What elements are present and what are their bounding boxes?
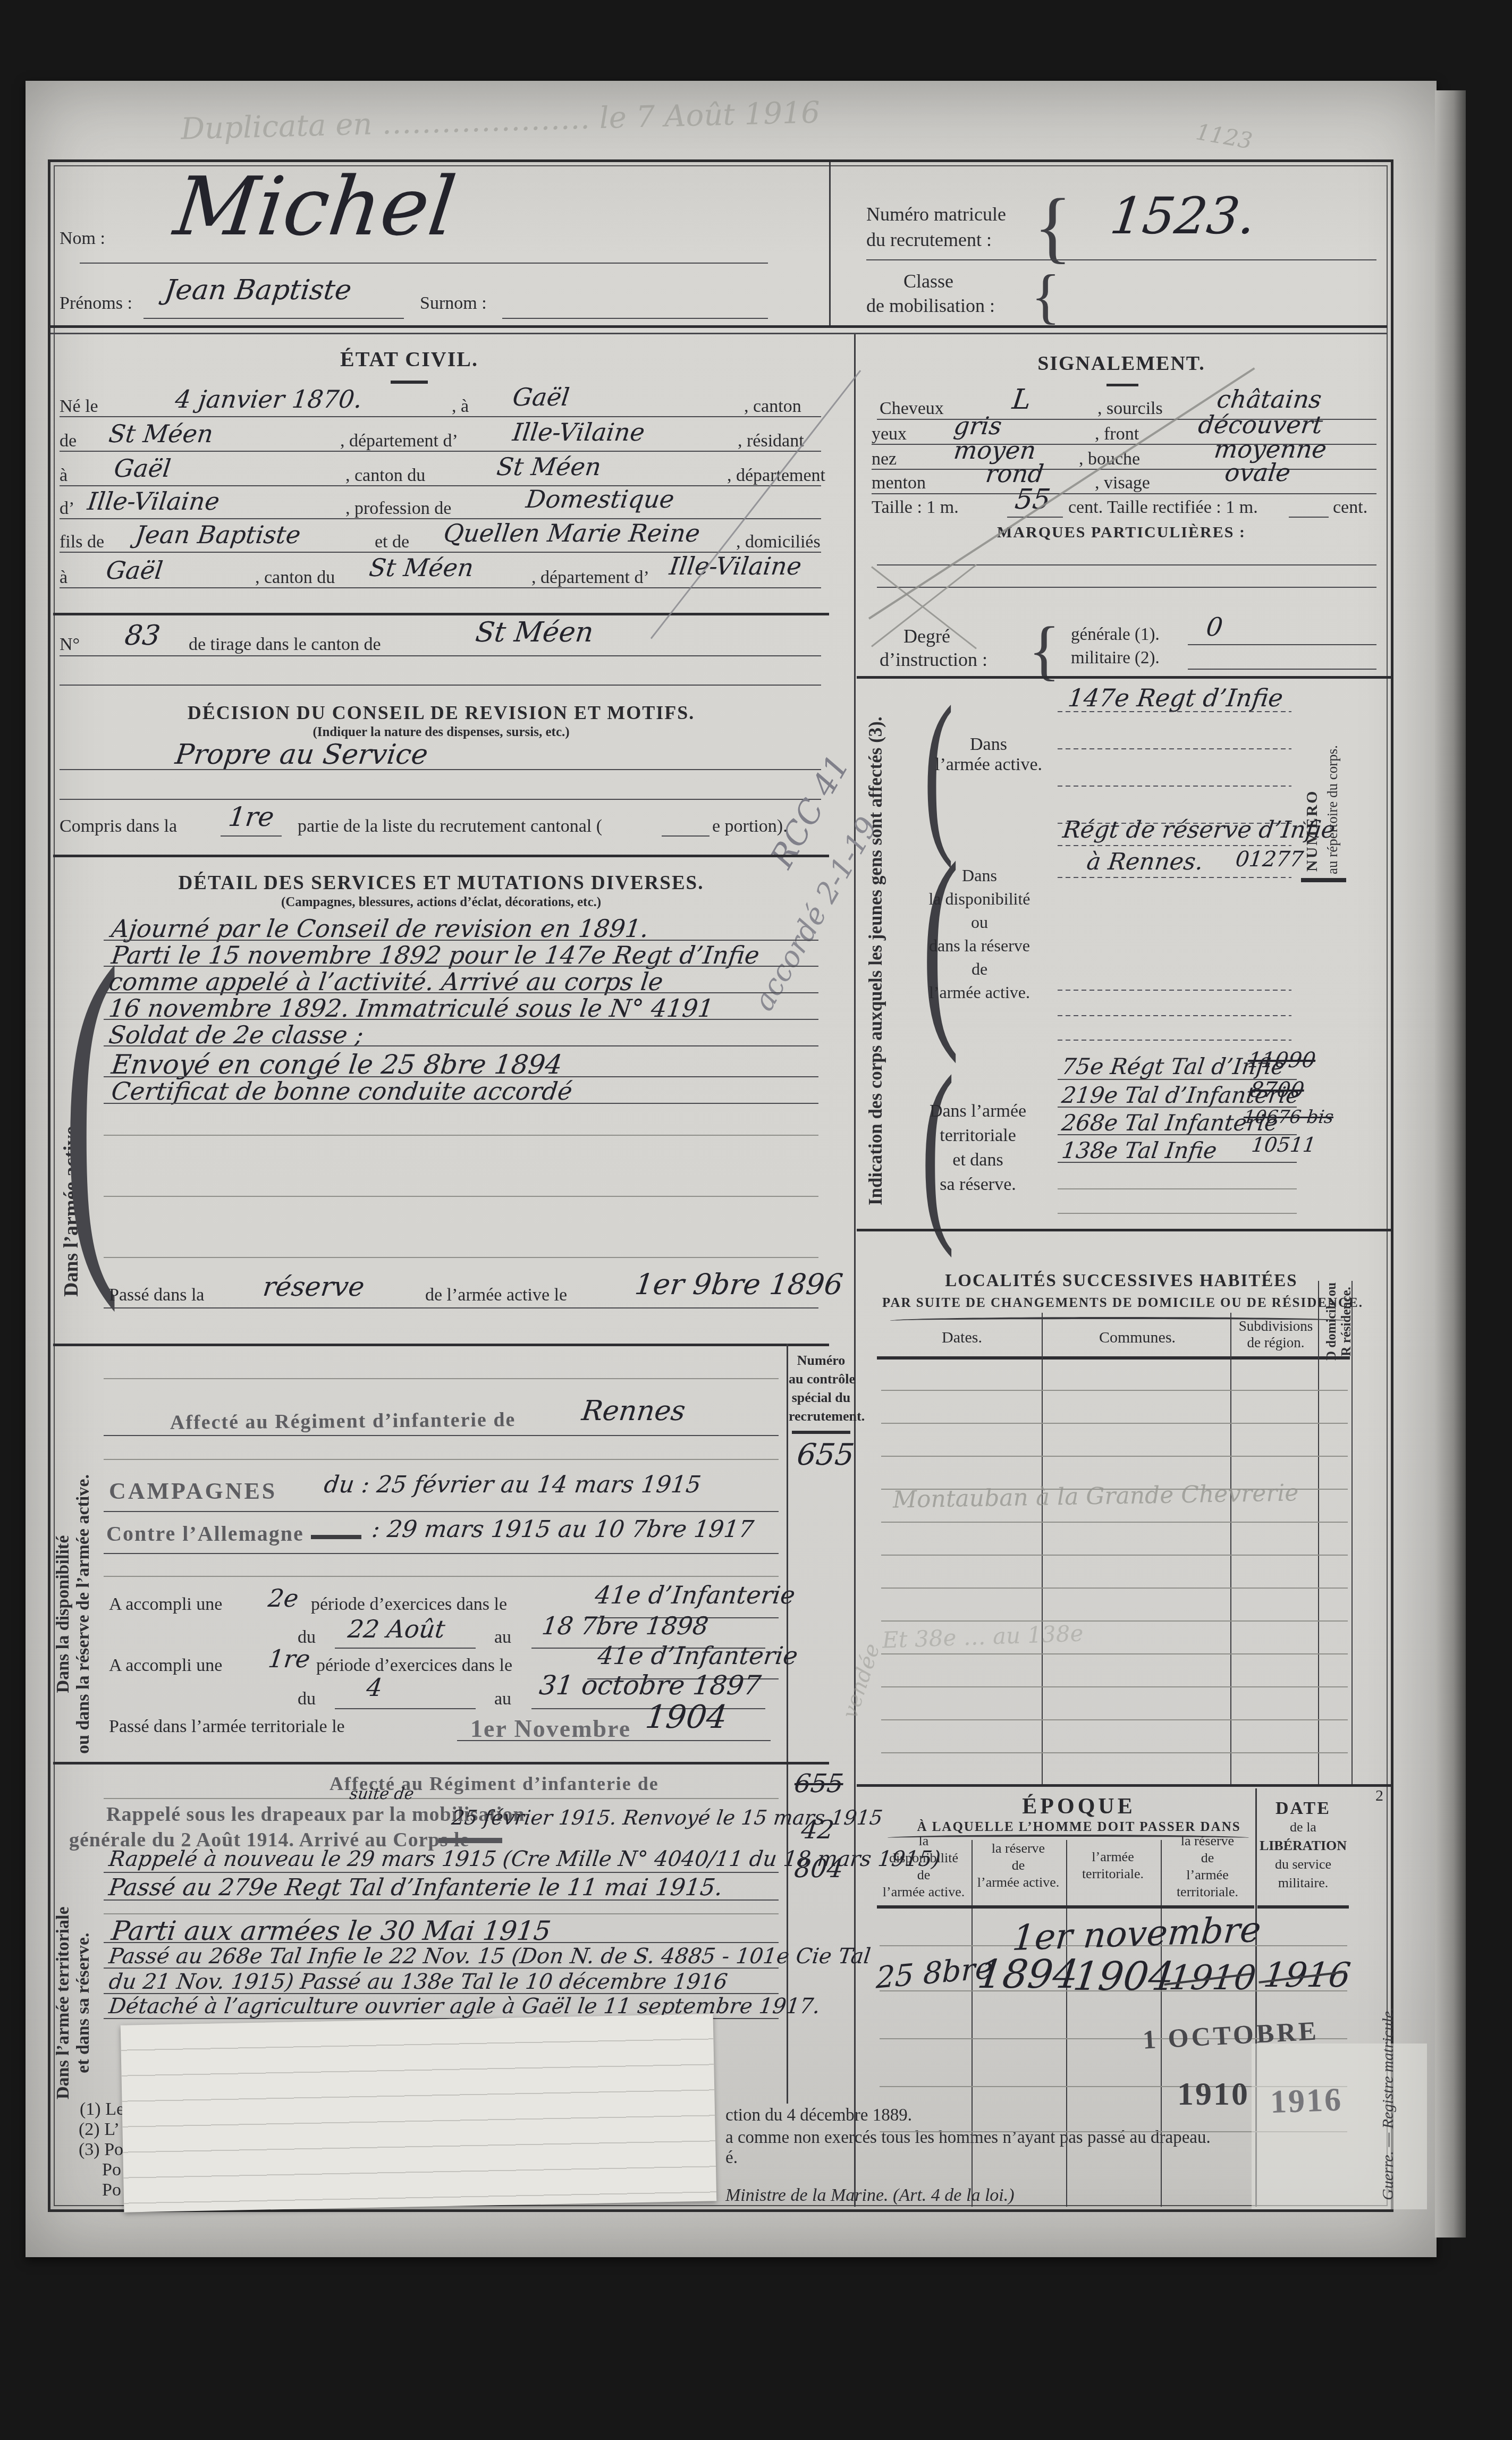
- epoque-value-reserve: 1894: [975, 1952, 1081, 1997]
- tirage-no-value: 83: [123, 620, 162, 652]
- title-dash: [391, 381, 428, 384]
- rule: [60, 799, 821, 800]
- rule: [881, 1555, 1348, 1556]
- corps-dispo-value1: Régt de réserve d’Infie: [1061, 816, 1337, 843]
- field-label: yeux: [872, 424, 907, 444]
- epoque-col3-header: l’armée territoriale.: [1067, 1848, 1159, 1882]
- service-line: Envoyé en congé le 25 8bre 1894: [109, 1049, 564, 1080]
- instruction-label-line2: d’instruction :: [880, 648, 987, 671]
- periode-corps: 41e d’Infanterie: [596, 1641, 800, 1670]
- rule: [1257, 1905, 1349, 1909]
- rule: [60, 485, 821, 486]
- label-line: la: [878, 1833, 969, 1850]
- label-line: territoriale.: [1067, 1865, 1159, 1882]
- suite-de-hand: suite de: [349, 1785, 415, 1803]
- footnote: (2) L’: [79, 2120, 120, 2140]
- rule: [1301, 878, 1346, 882]
- side-label-indication-corps: Indication des corps auxquels les jeunes…: [865, 716, 886, 1205]
- rule: [1058, 877, 1291, 878]
- rule: [881, 1390, 1348, 1391]
- rule: [53, 1344, 829, 1346]
- corps-dispo-number: 01277: [1234, 847, 1305, 872]
- field-value: St Méen: [368, 553, 475, 582]
- footnote: Po: [102, 2160, 121, 2180]
- corps-terr-row-number-struck: 11090: [1246, 1048, 1317, 1073]
- classe-label-line2: de mobilisation :: [866, 294, 995, 317]
- stamp-smear: [311, 1535, 361, 1539]
- localites-col-communes: Communes.: [1050, 1329, 1225, 1347]
- label-line: la réserve: [973, 1840, 1064, 1857]
- label-line: de: [913, 957, 1046, 981]
- label-line: Dans: [913, 864, 1046, 887]
- label-line: l’armée active.: [913, 981, 1046, 1004]
- rule: [104, 1045, 818, 1046]
- rule: [104, 1899, 779, 1901]
- rule: [457, 1740, 771, 1741]
- main-column-divider: [854, 334, 856, 2207]
- rule: [104, 1913, 779, 1914]
- top-margin-pencil-note: Duplicata en ………………… le 7 Août 1916: [180, 95, 821, 146]
- tirage-no-label: N°: [60, 635, 80, 655]
- service-line: comme appelé à l’activité. Arrivé au cor…: [107, 967, 665, 996]
- taille-label2: cent. Taille rectifiée : 1 m.: [1068, 497, 1258, 518]
- rule: [1058, 1213, 1297, 1214]
- label-line: Subdivisions: [1232, 1318, 1320, 1335]
- label-line: militaire.: [1257, 1873, 1349, 1892]
- rule: [335, 1648, 476, 1649]
- rule: [104, 1135, 818, 1136]
- rule: [104, 1459, 779, 1460]
- matricule-value: 1523.: [1107, 187, 1258, 246]
- label-line: Dans l’armée: [909, 1099, 1047, 1124]
- field-value: ovale: [1223, 458, 1293, 487]
- controle-number-value: 655: [795, 1438, 856, 1472]
- field-label: , département d’: [531, 568, 649, 588]
- periode-label2: période d’exercices dans le: [311, 1594, 507, 1615]
- mutation-line: Passé au 279e Regt Tal d’Infanterie le 1…: [107, 1874, 724, 1901]
- side-label-line: ou dans la réserve de l’armée active.: [73, 1474, 94, 1754]
- label-line: l’armée: [1162, 1867, 1253, 1884]
- corps-terr-row-number: 10511: [1250, 1133, 1317, 1156]
- rule: [104, 992, 818, 993]
- rule: [1007, 517, 1063, 518]
- rule: [50, 325, 1387, 328]
- rule: [104, 1307, 818, 1308]
- controle-header-line: spécial du: [789, 1390, 854, 1406]
- taille-label: Taille : 1 m.: [872, 497, 959, 518]
- classe-brace: {: [1031, 266, 1060, 327]
- field-value: Quellen Marie Reine: [442, 519, 702, 547]
- field-label: , profession de: [345, 499, 451, 519]
- field-value: Domestique: [525, 485, 676, 513]
- rule: [80, 263, 768, 264]
- field-value: Jean Baptiste: [134, 520, 302, 549]
- periode-date2: 18 7bre 1898: [540, 1611, 710, 1640]
- rule: [50, 333, 1387, 334]
- epoque-col4-header: la réserve de l’armée territoriale.: [1162, 1833, 1253, 1901]
- field-label: fils de: [60, 532, 104, 552]
- rule: [881, 1588, 1348, 1589]
- rule: [60, 685, 821, 686]
- rule: [143, 318, 404, 319]
- rule: [104, 1378, 779, 1379]
- passe-reserve-label2: de l’armée active le: [425, 1285, 567, 1305]
- field-label: d’: [60, 499, 74, 519]
- service-line: 16 novembre 1892. Immatriculé sous le N°…: [107, 994, 715, 1023]
- table-divider: [1042, 1313, 1043, 1786]
- epoque-date-header: DATE de la LIBÉRATION du service militai…: [1257, 1799, 1349, 1892]
- epoque-title: ÉPOQUE: [903, 1794, 1254, 1819]
- rule: [104, 1798, 779, 1799]
- services-title: DÉTAIL DES SERVICES ET MUTATIONS DIVERSE…: [122, 872, 760, 894]
- field-value: St Méen: [107, 419, 215, 448]
- field-value: Gaël: [113, 454, 173, 483]
- footnote-fragment: é.: [725, 2148, 738, 2168]
- field-value: L: [1010, 384, 1033, 416]
- localites-col-dates: Dates.: [888, 1329, 1036, 1347]
- field-label: , sourcils: [1097, 399, 1163, 419]
- corps-terr-row-value: 138e Tal Infie: [1060, 1137, 1218, 1163]
- margin-number-655-struck: 655: [793, 1769, 846, 1799]
- label-line: dans la réserve: [913, 934, 1046, 957]
- label-line: ou: [913, 910, 1046, 934]
- instruction-label-line1: Degré: [903, 625, 950, 647]
- margin-page-number: 2: [1375, 1787, 1383, 1805]
- periode-label2: période d’exercices dans le: [316, 1656, 512, 1676]
- margin-vertical-caption: Guerre. — Registre matricule.: [1379, 2007, 1397, 2200]
- rule: [104, 1019, 818, 1020]
- label-line: l’armée active.: [878, 1884, 969, 1901]
- mutation-line: Passé au 268e Tal Infie le 22 Nov. 15 (D…: [107, 1944, 872, 1969]
- rule: [881, 1653, 1348, 1654]
- rule: [335, 1708, 476, 1709]
- side-label-line: Dans l’armée territoriale: [53, 1907, 73, 2100]
- rule: [881, 1719, 1348, 1720]
- rule: [1058, 1040, 1291, 1041]
- rule: [877, 1905, 1254, 1909]
- page-content: Duplicata en ………………… le 7 Août 1916 1123…: [0, 0, 1512, 2440]
- label-line: D domicile ou: [1324, 1282, 1339, 1361]
- decision-value: Propre au Service: [173, 739, 429, 771]
- rule: [1058, 786, 1291, 787]
- field-label: , canton du: [255, 568, 335, 588]
- rule: [502, 318, 768, 319]
- periode-num: 2e: [267, 1584, 300, 1612]
- rule: [104, 1103, 818, 1104]
- rule: [221, 835, 282, 837]
- title-dash: [1106, 384, 1138, 386]
- rule: [53, 613, 829, 615]
- label-line: et dans: [909, 1148, 1047, 1172]
- affecte-value: Rennes: [580, 1395, 687, 1427]
- side-label-numero-repertoire-2: au répertoire du corps.: [1324, 745, 1341, 874]
- label-line: territoriale.: [1162, 1884, 1253, 1901]
- epoque-col1-header: la disponibilité de l’armée active.: [878, 1833, 969, 1901]
- table-divider: [1066, 1840, 1067, 2207]
- instruction-brace: {: [1028, 618, 1060, 684]
- annee-1910-stamp: 1910: [1177, 2075, 1249, 2113]
- affecte-stamp: Affecté au Régiment d’infanterie de: [170, 1408, 516, 1434]
- side-label-disponibilite: Dans la disponibilité ou dans la réserve…: [53, 1474, 94, 1754]
- footnote-fragment: ction du 4 décembre 1889.: [725, 2106, 912, 2125]
- service-line: Soldat de 2e classe ;: [107, 1020, 365, 1049]
- rule: [104, 1196, 818, 1197]
- label-line: l’armée active.: [925, 755, 1052, 775]
- field-value: Ille-Vilaine: [668, 552, 803, 580]
- label-line: sa réserve.: [909, 1172, 1047, 1197]
- corps-active-label: Dans l’armée active.: [925, 734, 1052, 775]
- service-line: Ajourné par le Conseil de revision en 18…: [110, 914, 651, 943]
- decision-title: DÉCISION DU CONSEIL DE REVISION ET MOTIF…: [133, 702, 749, 724]
- rule: [881, 1423, 1348, 1424]
- header-box-divider: [829, 162, 831, 325]
- label-line: de: [878, 1867, 969, 1884]
- nom-label: Nom :: [60, 229, 105, 249]
- rule: [60, 655, 821, 656]
- instruction-militaire-label: militaire (2).: [1071, 648, 1160, 668]
- campagnes-stamp: CAMPAGNES: [109, 1477, 277, 1505]
- rule: [104, 966, 818, 967]
- footnote: (1) Le: [80, 2099, 124, 2120]
- taille-label3: cent.: [1333, 497, 1367, 518]
- rule: [104, 1553, 779, 1554]
- label-line: de: [1162, 1850, 1253, 1867]
- rule: [104, 1511, 779, 1512]
- surnom-label: Surnom :: [420, 293, 487, 314]
- label-line: la disponibilité: [913, 887, 1046, 910]
- side-label-line: Dans la disponibilité: [53, 1474, 73, 1754]
- field-label: à: [60, 466, 67, 486]
- periode-num: 1re: [267, 1644, 312, 1673]
- label-line: l’armée active.: [973, 1874, 1064, 1891]
- field-value: Gaël: [511, 383, 571, 411]
- field-label: , résidant: [738, 431, 804, 451]
- label-line: territoriale: [909, 1124, 1047, 1148]
- rule: [1058, 1015, 1291, 1016]
- localites-title: LOCALITÉS SUCCESSIVES HABITÉES: [882, 1271, 1361, 1291]
- epoque-col2-header: la réserve de l’armée active.: [973, 1840, 1064, 1891]
- table-divider: [1318, 1281, 1319, 1786]
- side-label-territoriale: Dans l’armée territoriale et dans sa rés…: [53, 1907, 94, 2100]
- field-label: , département d’: [340, 431, 458, 451]
- field-label: à: [60, 568, 67, 588]
- form-outer-frame: [48, 159, 1393, 2212]
- rule: [104, 1968, 779, 1969]
- matricule-label-line1: Numéro matricule: [866, 203, 1006, 225]
- campagnes-value: du : 25 février au 14 mars 1915: [323, 1471, 703, 1498]
- rule: [53, 1762, 829, 1764]
- epoque-value-territoriale: 1904: [1071, 1954, 1177, 1999]
- compris-label2: partie de la liste du recrutement canton…: [298, 816, 602, 837]
- passe-territoriale-value: 1904: [644, 1699, 729, 1736]
- rule: [866, 259, 1376, 260]
- passe-reserve-date: 1er 9bre 1896: [633, 1268, 844, 1301]
- field-label: Cheveux: [880, 399, 944, 419]
- rule: [1188, 669, 1376, 670]
- margin-number-804: 804: [793, 1854, 846, 1884]
- rule: [1289, 517, 1329, 518]
- prenoms-label: Prénoms :: [60, 293, 132, 314]
- field-label: , canton du: [345, 466, 425, 486]
- contre-allemagne-stamp: Contre l’Allemagne: [106, 1521, 304, 1546]
- service-line: Certificat de bonne conduite accordé: [110, 1077, 574, 1105]
- field-label: et de: [375, 532, 409, 552]
- field-label: menton: [872, 473, 926, 493]
- prenoms-value: Jean Baptiste: [163, 274, 353, 306]
- rule: [104, 1435, 779, 1436]
- rule: [881, 1620, 1348, 1622]
- corps-active-value: 147e Regt d’Infie: [1067, 683, 1285, 712]
- label-line: l’armée: [1067, 1848, 1159, 1865]
- field-label: nez: [872, 449, 897, 469]
- periode-au-label: au: [494, 1689, 511, 1709]
- rule: [60, 416, 821, 417]
- label-line: LIBÉRATION: [1257, 1836, 1349, 1855]
- scanned-military-register-page: Duplicata en ………………… le 7 Août 1916 1123…: [0, 0, 1512, 2440]
- premier-novembre-stamp: 1er Novembre: [470, 1715, 631, 1743]
- label-line: de: [973, 1857, 1064, 1874]
- label-line: Dans: [925, 734, 1052, 755]
- label-line: de région.: [1232, 1335, 1320, 1351]
- classe-label-line1: Classe: [903, 270, 953, 292]
- periode-label: A accompli une: [109, 1656, 222, 1676]
- compris-label: Compris dans la: [60, 816, 177, 837]
- localites-subtitle: PAR SUITE DE CHANGEMENTS DE DOMICILE OU …: [882, 1296, 1361, 1311]
- controle-header-line: Numéro: [789, 1353, 854, 1369]
- label-line: de la: [1257, 1818, 1349, 1836]
- periode-au-label: au: [494, 1627, 511, 1648]
- field-label: , à: [452, 396, 469, 417]
- field-value: Ille-Vilaine: [511, 418, 646, 446]
- footnote: Po: [102, 2180, 121, 2200]
- field-value: Gaël: [105, 556, 165, 585]
- field-value: St Méen: [495, 452, 603, 481]
- rule: [53, 855, 829, 857]
- rule: [872, 493, 1376, 494]
- rule: [792, 1431, 850, 1434]
- lighter-paper-strip: [1252, 2044, 1427, 2209]
- etat-civil-title: ÉTAT CIVIL.: [213, 347, 606, 372]
- rule: [104, 1942, 779, 1943]
- field-label: Né le: [60, 396, 98, 417]
- services-subtitle: (Campagnes, blessures, actions d’éclat, …: [202, 895, 680, 910]
- localites-col-subdivisions: Subdivisions de région.: [1232, 1318, 1320, 1351]
- controle-header-line: au contrôle: [789, 1371, 854, 1387]
- corps-dispo-label: Dans la disponibilité ou dans la réserve…: [913, 864, 1046, 1004]
- periode-label: A accompli une: [109, 1594, 222, 1615]
- label-line: la réserve: [1162, 1833, 1253, 1850]
- rule: [881, 1522, 1348, 1523]
- footnote: (3) Po: [79, 2140, 123, 2160]
- top-right-page-number-pencil: 1123: [1194, 119, 1255, 154]
- rule: [60, 587, 821, 588]
- tirage-canton-value: St Méen: [474, 617, 595, 648]
- table-divider: [1230, 1313, 1231, 1786]
- field-label: , bouche: [1079, 449, 1140, 469]
- rule: [857, 1229, 1391, 1231]
- label-line: disponibilité: [878, 1850, 969, 1867]
- controle-header-line: recrutement.: [789, 1408, 854, 1424]
- rule: [881, 1686, 1348, 1687]
- instruction-generale-label: générale (1).: [1071, 625, 1160, 645]
- rule: [881, 1752, 1348, 1753]
- signalement-title: SIGNALEMENT.: [957, 352, 1286, 375]
- passe-territoriale-label: Passé dans l’armée territoriale le: [109, 1717, 345, 1737]
- matricule-label-line2: du recrutement :: [866, 229, 992, 251]
- field-value: 4 janvier 1870.: [174, 385, 364, 413]
- rule: [60, 769, 821, 770]
- field-label: , département: [727, 466, 825, 486]
- periode-date1: 22 Août: [347, 1615, 447, 1643]
- field-value: Ille-Vilaine: [86, 487, 221, 516]
- table-divider: [972, 1840, 973, 2207]
- passe-reserve-label: Passé dans la: [109, 1285, 204, 1305]
- field-label: , visage: [1095, 473, 1150, 493]
- table-divider: [1351, 1281, 1353, 1786]
- rule: [662, 835, 709, 837]
- rule: [1058, 845, 1291, 846]
- label-line: DATE: [1257, 1799, 1349, 1818]
- service-line: Parti le 15 novembre 1892 pour le 147e R…: [110, 941, 761, 969]
- rule: [104, 1576, 779, 1577]
- passe-reserve-value: réserve: [261, 1271, 366, 1302]
- rule: [1058, 748, 1291, 749]
- compris-value: 1re: [226, 801, 275, 832]
- stamp-smear: [438, 1838, 502, 1843]
- corps-territoriale-label: Dans l’armée territoriale et dans sa rés…: [909, 1099, 1047, 1197]
- field-value: châtains: [1215, 385, 1323, 413]
- contre-allemagne-value: : 29 mars 1915 au 10 7bre 1917: [370, 1516, 755, 1543]
- nom-value: Michel: [170, 159, 461, 254]
- rule: [104, 1872, 779, 1873]
- rule: [881, 1456, 1348, 1457]
- side-label-line: et dans sa réserve.: [73, 1907, 94, 2100]
- rule: [1058, 1188, 1297, 1189]
- margin-number-42: 42: [800, 1815, 836, 1845]
- mutation-line: du 21 Nov. 1915) Passé au 138e Tal le 10…: [107, 1970, 729, 1994]
- controle-column-divider: [787, 1344, 788, 2104]
- rule: [857, 1784, 1391, 1787]
- tirage-label: de tirage dans le canton de: [189, 635, 381, 655]
- corps-terr-row-number-struck: 10676 bis: [1243, 1107, 1335, 1128]
- rule: [877, 1356, 1350, 1360]
- periode-date2: 31 octobre 1897: [537, 1670, 763, 1701]
- field-label: , front: [1095, 424, 1139, 444]
- rule: [1058, 990, 1291, 991]
- localites-col-dr: D domicile ou R résidence.: [1324, 1282, 1354, 1361]
- rule: [104, 1257, 818, 1258]
- rule: [1058, 1162, 1297, 1163]
- field-label: , domiciliés: [736, 532, 821, 552]
- matricule-brace: {: [1034, 187, 1072, 267]
- periode-corps: 41e d’Infanterie: [594, 1581, 797, 1609]
- annee-1916-stamp: 1916: [1270, 2081, 1343, 2122]
- marques-title: MARQUES PARTICULIÈRES :: [941, 524, 1302, 542]
- field-label: de: [60, 431, 77, 451]
- field-label: , canton: [744, 396, 801, 417]
- corps-terr-row-number-struck: 8700: [1248, 1078, 1305, 1102]
- rule: [1058, 711, 1291, 712]
- rule: [877, 587, 1376, 588]
- decision-subtitle: (Indiquer la nature des dispenses, sursi…: [186, 725, 696, 740]
- compris-label3: e portion).: [712, 816, 788, 837]
- corps-dispo-value2: à Rennes.: [1085, 848, 1205, 875]
- periode-du-label: du: [298, 1689, 316, 1709]
- pasted-paper-overlay: [121, 2014, 717, 2212]
- mutation-line: Détaché à l’agriculture ouvrier agle à G…: [107, 1994, 822, 2019]
- label-line: du service: [1257, 1855, 1349, 1873]
- rule: [1188, 644, 1376, 645]
